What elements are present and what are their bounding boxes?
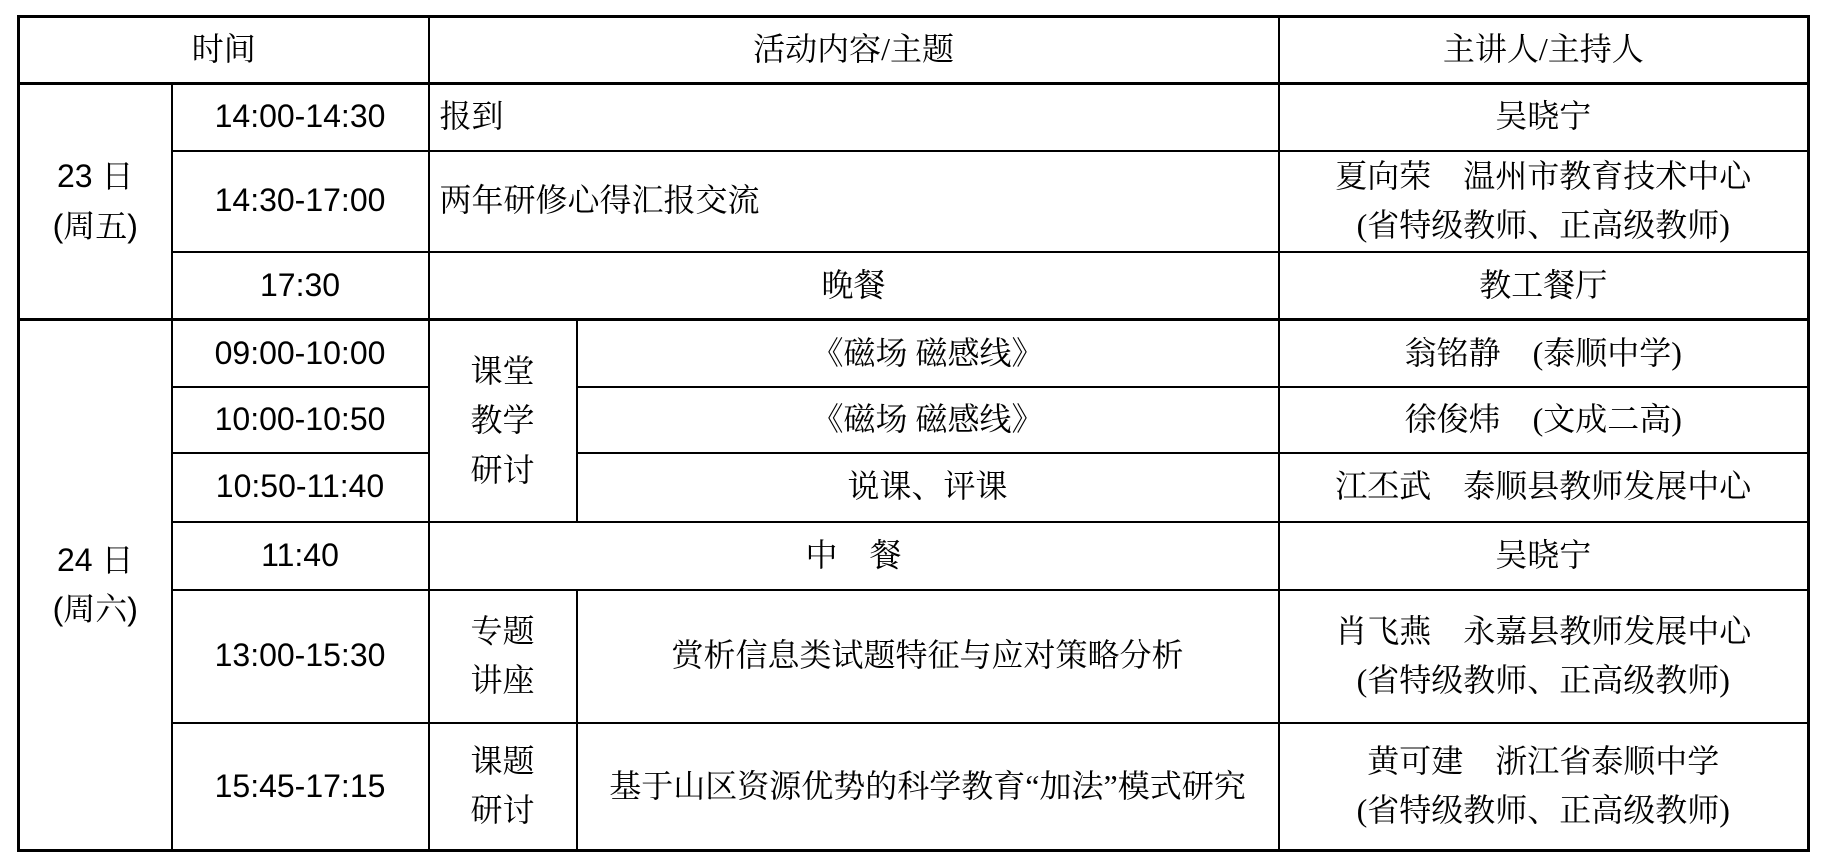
- time-cell: 14:00-14:30: [172, 84, 429, 151]
- table-row: 10:50-11:40 说课、评课 江丕武 泰顺县教师发展中心: [19, 453, 1809, 522]
- header-time: 时间: [19, 17, 429, 84]
- date-line: 23 日: [20, 152, 171, 202]
- session-type-line: 专题: [430, 607, 576, 657]
- activity-cell: 中 餐: [429, 522, 1279, 590]
- speaker-line: (省特级教师、正高级教师): [1280, 656, 1808, 706]
- table-row: 10:00-10:50 《磁场 磁感线》 徐俊炜 (文成二高): [19, 387, 1809, 453]
- activity-cell: 《磁场 磁感线》: [577, 320, 1279, 387]
- table-row: 14:30-17:00 两年研修心得汇报交流 夏向荣 温州市教育技术中心 (省特…: [19, 151, 1809, 252]
- date-cell-day1: 23 日 (周五): [19, 84, 172, 320]
- speaker-cell: 吴晓宁: [1279, 522, 1809, 590]
- speaker-line: 翁铭静 (泰顺中学): [1280, 329, 1808, 379]
- activity-cell: 晚餐: [429, 252, 1279, 320]
- speaker-line: (省特级教师、正高级教师): [1280, 786, 1808, 836]
- header-speaker: 主讲人/主持人: [1279, 17, 1809, 84]
- time-cell: 09:00-10:00: [172, 320, 429, 387]
- table-row: 13:00-15:30 专题 讲座 赏析信息类试题特征与应对策略分析 肖飞燕 永…: [19, 590, 1809, 723]
- speaker-line: 吴晓宁: [1280, 531, 1808, 581]
- speaker-cell: 翁铭静 (泰顺中学): [1279, 320, 1809, 387]
- speaker-cell: 吴晓宁: [1279, 84, 1809, 151]
- speaker-line: 吴晓宁: [1280, 92, 1808, 142]
- time-cell: 13:00-15:30: [172, 590, 429, 723]
- speaker-cell: 江丕武 泰顺县教师发展中心: [1279, 453, 1809, 522]
- time-cell: 10:50-11:40: [172, 453, 429, 522]
- speaker-line: 徐俊炜 (文成二高): [1280, 395, 1808, 445]
- date-cell-day2: 24 日 (周六): [19, 320, 172, 851]
- time-cell: 10:00-10:50: [172, 387, 429, 453]
- speaker-line: 江丕武 泰顺县教师发展中心: [1280, 462, 1808, 512]
- session-type-cell-lecture: 专题 讲座: [429, 590, 577, 723]
- session-type-line: 研讨: [430, 786, 576, 836]
- session-type-line: 教学: [430, 396, 576, 446]
- session-type-line: 研讨: [430, 446, 576, 496]
- time-cell: 14:30-17:00: [172, 151, 429, 252]
- speaker-line: 肖飞燕 永嘉县教师发展中心: [1280, 607, 1808, 657]
- activity-cell: 说课、评课: [577, 453, 1279, 522]
- header-activity: 活动内容/主题: [429, 17, 1279, 84]
- time-cell: 17:30: [172, 252, 429, 320]
- table-row: 24 日 (周六) 09:00-10:00 课堂 教学 研讨 《磁场 磁感线》 …: [19, 320, 1809, 387]
- activity-cell: 基于山区资源优势的科学教育“加法”模式研究: [577, 723, 1279, 851]
- session-type-line: 课堂: [430, 347, 576, 397]
- table-row: 15:45-17:15 课题 研讨 基于山区资源优势的科学教育“加法”模式研究 …: [19, 723, 1809, 851]
- date-line: 24 日: [20, 536, 171, 586]
- session-type-cell-topic: 课题 研讨: [429, 723, 577, 851]
- activity-cell: 赏析信息类试题特征与应对策略分析: [577, 590, 1279, 723]
- time-cell: 11:40: [172, 522, 429, 590]
- speaker-line: 教工餐厅: [1280, 261, 1808, 311]
- date-line: (周五): [20, 202, 171, 252]
- speaker-cell: 肖飞燕 永嘉县教师发展中心 (省特级教师、正高级教师): [1279, 590, 1809, 723]
- speaker-cell: 徐俊炜 (文成二高): [1279, 387, 1809, 453]
- schedule-table: 时间 活动内容/主题 主讲人/主持人 23 日 (周五) 14:00-14:30…: [17, 15, 1810, 852]
- header-row: 时间 活动内容/主题 主讲人/主持人: [19, 17, 1809, 84]
- date-line: (周六): [20, 585, 171, 635]
- speaker-cell: 教工餐厅: [1279, 252, 1809, 320]
- time-cell: 15:45-17:15: [172, 723, 429, 851]
- speaker-line: (省特级教师、正高级教师): [1280, 201, 1808, 251]
- activity-cell: 两年研修心得汇报交流: [429, 151, 1279, 252]
- page: { "header": { "time_label": "时间", "activ…: [0, 0, 1822, 856]
- speaker-line: 夏向荣 温州市教育技术中心: [1280, 152, 1808, 202]
- session-type-line: 课题: [430, 737, 576, 787]
- speaker-line: 黄可建 浙江省泰顺中学: [1280, 737, 1808, 787]
- table-row: 11:40 中 餐 吴晓宁: [19, 522, 1809, 590]
- activity-cell: 报到: [429, 84, 1279, 151]
- speaker-cell: 黄可建 浙江省泰顺中学 (省特级教师、正高级教师): [1279, 723, 1809, 851]
- activity-cell: 《磁场 磁感线》: [577, 387, 1279, 453]
- speaker-cell: 夏向荣 温州市教育技术中心 (省特级教师、正高级教师): [1279, 151, 1809, 252]
- session-type-line: 讲座: [430, 656, 576, 706]
- session-type-cell-class: 课堂 教学 研讨: [429, 320, 577, 522]
- table-row: 23 日 (周五) 14:00-14:30 报到 吴晓宁: [19, 84, 1809, 151]
- table-row: 17:30 晚餐 教工餐厅: [19, 252, 1809, 320]
